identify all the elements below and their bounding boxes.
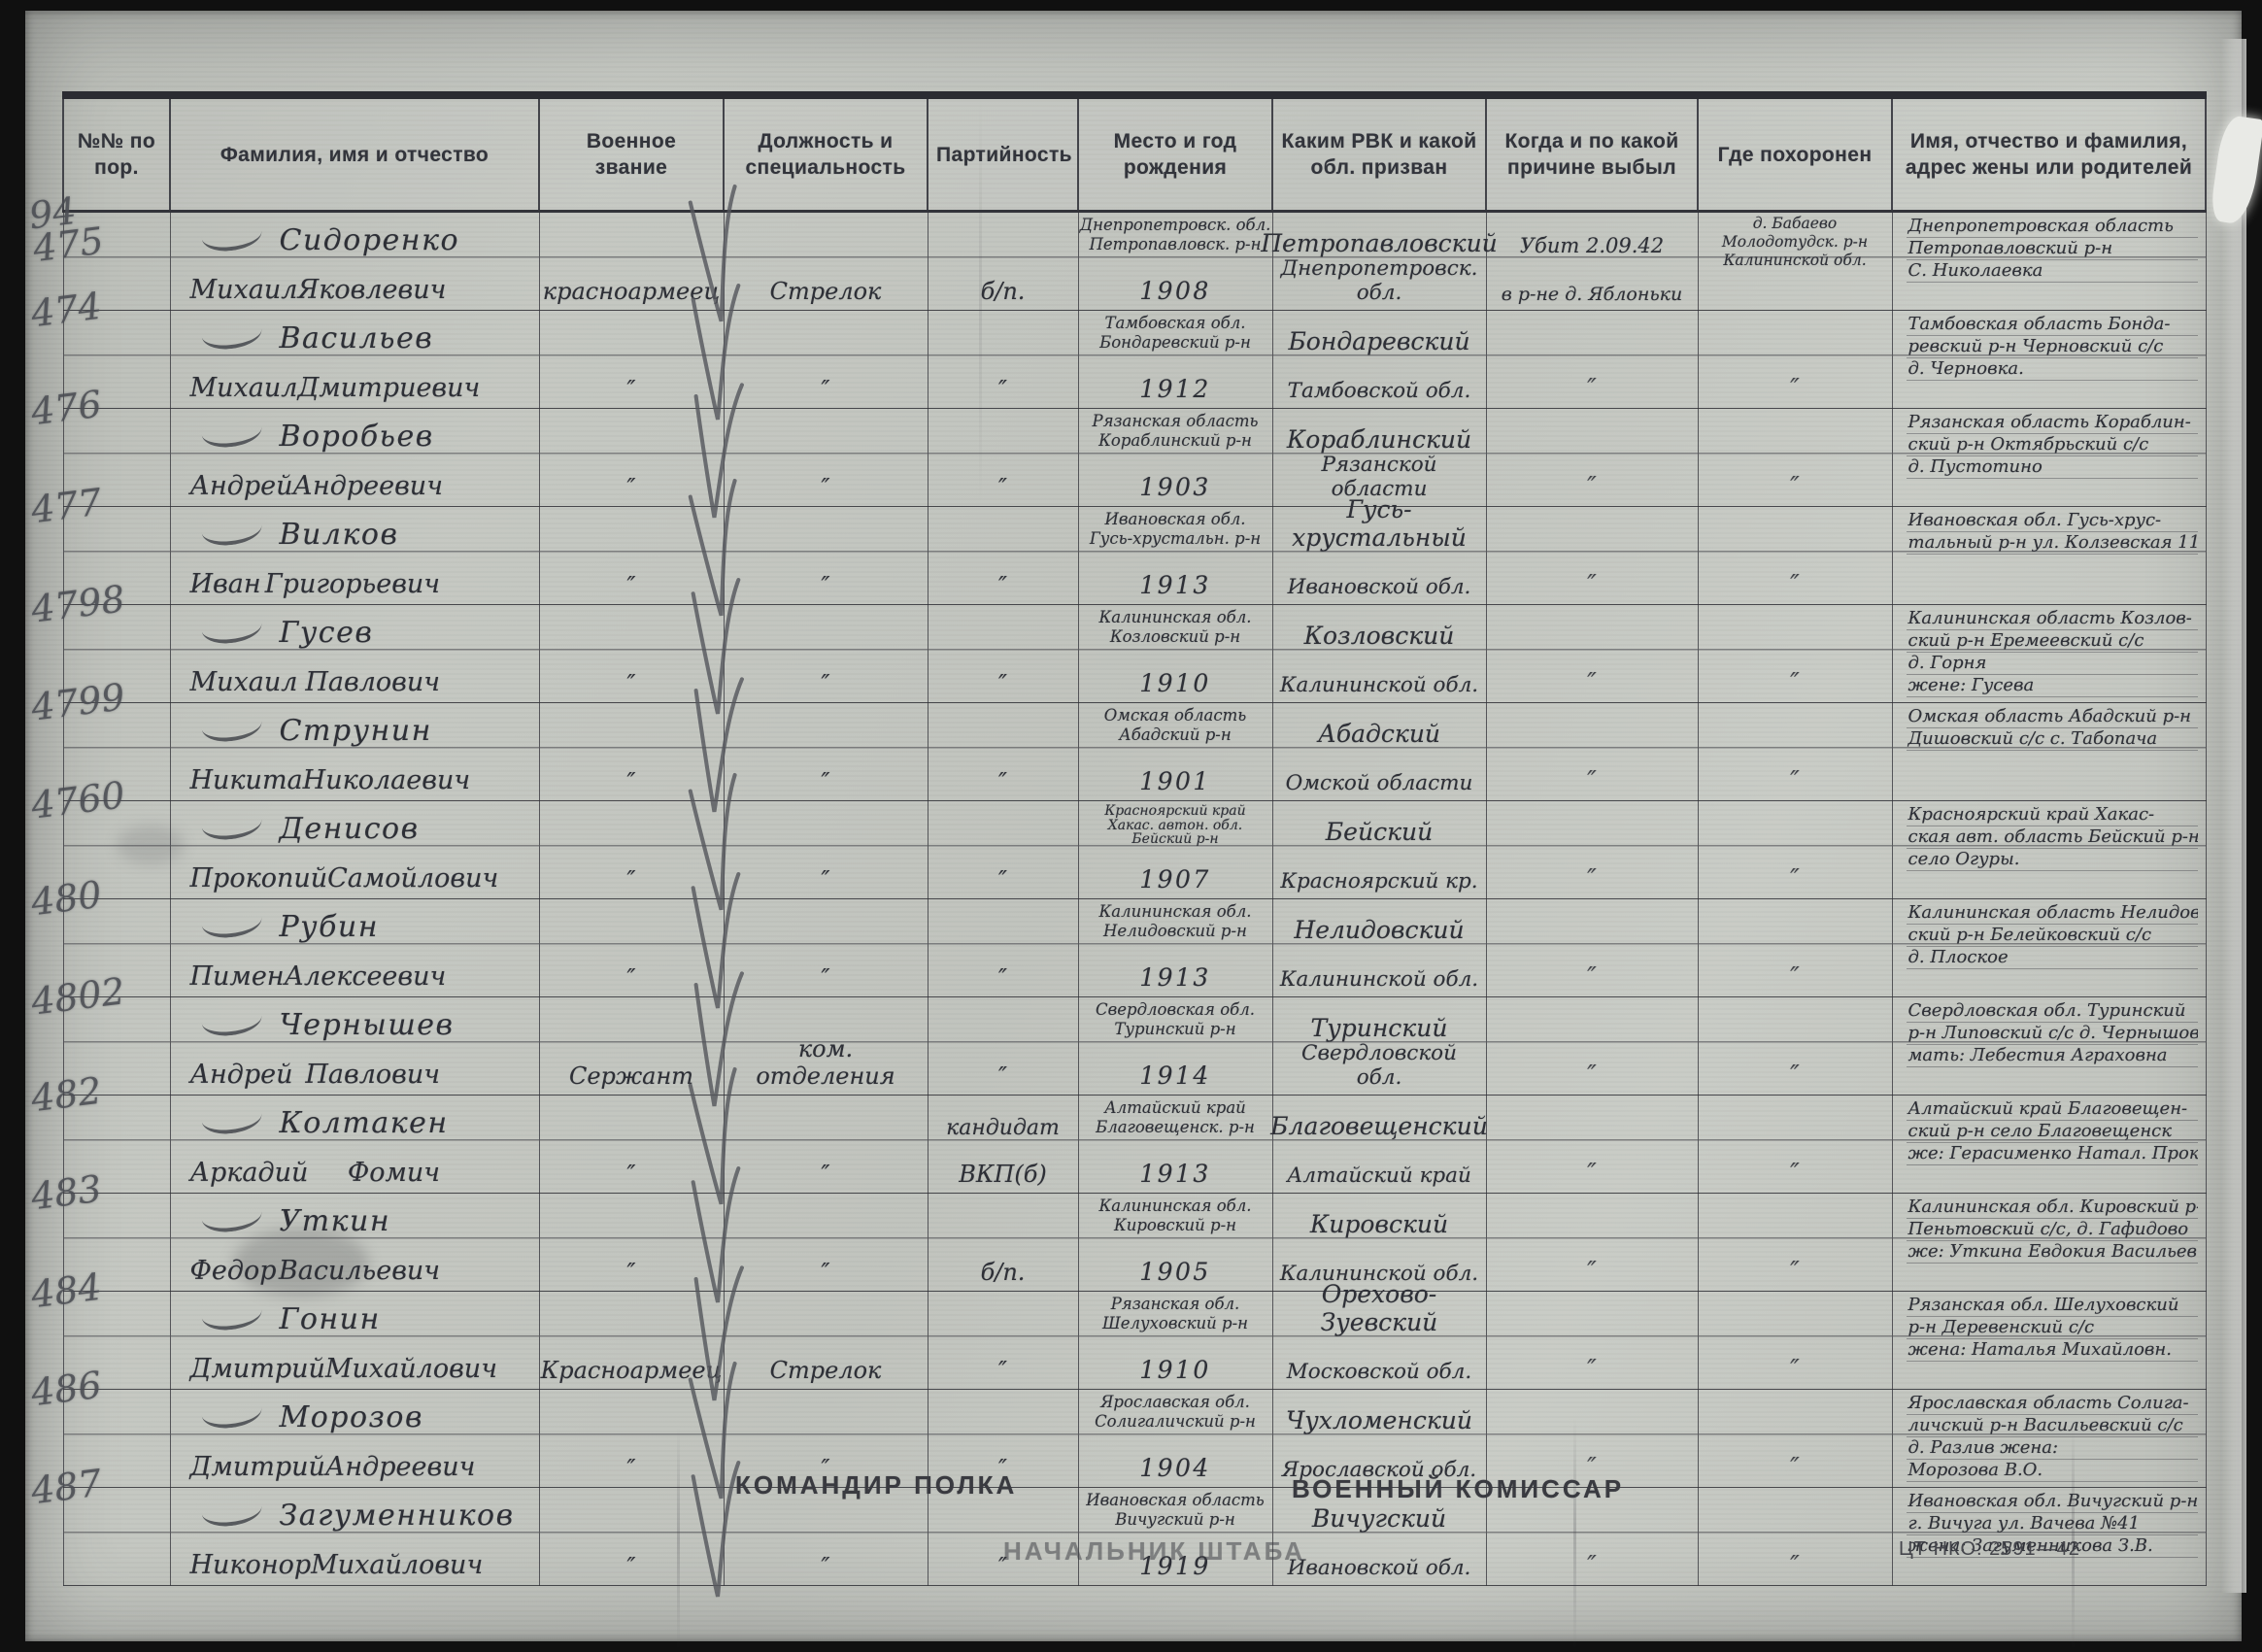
birth-year: 1907 bbox=[1139, 865, 1211, 893]
surname-line: Воробьев bbox=[171, 409, 539, 456]
table-row: 4760ДенисовПрокопийСамойлович″″″Краснояр… bbox=[63, 801, 2206, 899]
cell-family-address: Ивановская обл. Вичугский р-нг. Вичуга у… bbox=[1892, 1488, 2206, 1586]
position-spacer bbox=[725, 605, 928, 653]
cell-number: 487 bbox=[63, 1488, 170, 1586]
family-line: р-н Деревенский с/с bbox=[1907, 1317, 2198, 1339]
birthplace-lines: Омская областьАбадский р-н bbox=[1079, 703, 1272, 751]
position-value: ″ bbox=[822, 768, 830, 795]
rank-line: ″ bbox=[540, 1241, 724, 1289]
party-value: ″ bbox=[998, 376, 1007, 403]
cell-family-address: Рязанская обл. Шелуховскийр-н Деревенски… bbox=[1892, 1292, 2206, 1390]
entry-number: 487 bbox=[29, 1467, 103, 1508]
cell-burial: ″ bbox=[1698, 311, 1892, 409]
party-value: ″ bbox=[998, 768, 1007, 795]
cell-position: ″ bbox=[724, 507, 928, 605]
table-row: 480РубинПименАлексеевич″″″Калининская об… bbox=[63, 899, 2206, 997]
party-top-line bbox=[928, 899, 1078, 947]
pencil-tick-mark bbox=[201, 324, 263, 351]
surname-line: Гонин bbox=[171, 1292, 539, 1339]
rvk-oblast-line: Омской области bbox=[1273, 751, 1486, 798]
party-line: ″ bbox=[928, 456, 1078, 504]
rank-value: ″ bbox=[627, 670, 636, 697]
entry-number: 480 bbox=[29, 878, 103, 920]
rank-value: ″ bbox=[627, 474, 636, 501]
burial-line: ″ bbox=[1699, 849, 1892, 896]
cause-line-2: ″ bbox=[1487, 1535, 1698, 1583]
cell-fullname: ВоробьевАндрейАндреевич bbox=[170, 409, 539, 507]
rank-line: ″ bbox=[540, 1535, 724, 1583]
entry-number: 477 bbox=[29, 486, 103, 527]
rank-value: ″ bbox=[627, 768, 636, 795]
family-line: Свердловская обл. Туринский bbox=[1907, 1000, 2198, 1023]
cell-rank: ″ bbox=[539, 507, 724, 605]
party-top-line bbox=[928, 507, 1078, 555]
header-family: Имя, отчество и фамилия, адрес жены или … bbox=[1892, 95, 2206, 212]
cell-rank: Сержант bbox=[539, 997, 724, 1096]
family-line: Дишовский с/с с. Табопача bbox=[1907, 728, 2198, 751]
rank-spacer bbox=[540, 1194, 724, 1241]
cause-line-1 bbox=[1487, 997, 1698, 1045]
family-lines: Тамбовская область Бонда-ревский р-н Чер… bbox=[1893, 311, 2206, 381]
cell-position: ком. отделения bbox=[724, 997, 928, 1096]
cell-party: ″ bbox=[928, 801, 1078, 899]
entry-number: 482 bbox=[29, 1074, 103, 1116]
rank-spacer bbox=[540, 801, 724, 849]
burial-ditto: ″ bbox=[1790, 570, 1800, 599]
cause-detail: ″ bbox=[1587, 1159, 1597, 1188]
rvk-oblast: Ивановской обл. bbox=[1288, 575, 1471, 599]
birthplace-line: Кировский р-н bbox=[1079, 1216, 1272, 1235]
cell-party: ″ bbox=[928, 605, 1078, 703]
surname: Рубин bbox=[280, 910, 379, 944]
table-header: №№ по пор. Фамилия, имя и отчество Военн… bbox=[63, 95, 2206, 212]
cause-detail: ″ bbox=[1587, 570, 1597, 599]
cell-burial: ″ bbox=[1698, 801, 1892, 899]
cell-position: ″ bbox=[724, 605, 928, 703]
family-line: Тамбовская область Бонда- bbox=[1907, 314, 2198, 336]
family-line: Красноярский край Хакас- bbox=[1907, 804, 2198, 826]
entry-number: 486 bbox=[29, 1368, 103, 1410]
burial-ditto: ″ bbox=[1790, 962, 1800, 992]
party-value: ″ bbox=[998, 572, 1007, 599]
entry-number: 4799 bbox=[29, 680, 126, 725]
birthplace-line: Рязанская область bbox=[1079, 412, 1272, 431]
table-row: 94 475СидоренкоМихаилЯковлевичкрасноарме… bbox=[63, 212, 2206, 311]
family-lines: Калининская область Нелидов-ский р-н Бел… bbox=[1893, 899, 2206, 969]
rvk-oblast: Алтайский край bbox=[1287, 1163, 1471, 1188]
casualty-table: №№ по пор. Фамилия, имя и отчество Военн… bbox=[62, 91, 2207, 1586]
rank-spacer bbox=[540, 899, 724, 947]
rank-line: ″ bbox=[540, 456, 724, 504]
rank-line: ″ bbox=[540, 358, 724, 406]
birthplace-line: Бейский р-н bbox=[1079, 832, 1272, 847]
birth-year: 1904 bbox=[1139, 1454, 1211, 1482]
birthplace-line: Калининская обл. bbox=[1079, 608, 1272, 627]
givenname-line: МихаилДмитриевич bbox=[171, 358, 539, 406]
first-name: Никонор bbox=[190, 1550, 312, 1580]
cell-position: Стрелок bbox=[724, 1292, 928, 1390]
birth-year: 1903 bbox=[1139, 473, 1211, 501]
first-name: Пимен bbox=[190, 961, 285, 992]
cell-cause: ″ bbox=[1486, 1096, 1698, 1194]
surname: Сидоренко bbox=[280, 223, 460, 257]
cause-line-2: ″ bbox=[1487, 358, 1698, 406]
burial-ditto: ″ bbox=[1790, 1453, 1800, 1482]
pencil-tick-mark bbox=[201, 619, 263, 645]
rvk-oblast: Калининской обл. bbox=[1280, 967, 1478, 992]
birthplace-lines: Ивановская областьВичугский р-н bbox=[1079, 1488, 1272, 1535]
birthplace-line: Вичугский р-н bbox=[1079, 1510, 1272, 1530]
burial-ditto: ″ bbox=[1790, 1257, 1800, 1286]
family-line: д. Пустотино bbox=[1907, 456, 2198, 479]
birthplace-lines: Рязанская обл.Шелуховский р-н bbox=[1079, 1292, 1272, 1339]
header-position: Должность и специальность bbox=[724, 95, 928, 212]
cell-position: Стрелок bbox=[724, 212, 928, 311]
rvk-district-line: Кировский bbox=[1273, 1194, 1486, 1241]
cell-birthplace: Ярославская обл.Солигаличский р-н1904 bbox=[1078, 1390, 1272, 1488]
rank-spacer bbox=[540, 311, 724, 358]
cell-rvk: ПетропавловскийДнепропетровск. обл. bbox=[1272, 212, 1486, 311]
rank-line: ″ bbox=[540, 555, 724, 602]
rvk-district-line: Чухломенский bbox=[1273, 1390, 1486, 1437]
cell-family-address: Калининская область Козлов-ский р-н Ерем… bbox=[1892, 605, 2206, 703]
rvk-oblast-line: Московской обл. bbox=[1273, 1339, 1486, 1387]
table-row: 476ВоробьевАндрейАндреевич″″″Рязанская о… bbox=[63, 409, 2206, 507]
rvk-oblast-line: Красноярский кр. bbox=[1273, 849, 1486, 896]
family-line: ская авт. область Бейский р-н bbox=[1907, 826, 2198, 849]
rvk-district: Вичугский bbox=[1312, 1504, 1446, 1533]
position-value: ″ bbox=[822, 964, 830, 992]
family-line: Морозова В.О. bbox=[1907, 1460, 2198, 1482]
cell-rank: ″ bbox=[539, 801, 724, 899]
burial-ditto: ″ bbox=[1790, 668, 1800, 697]
position-value: ″ bbox=[822, 1259, 830, 1286]
cell-birthplace: Ивановская обл.Гусь-хрустальн. р-н1913 bbox=[1078, 507, 1272, 605]
position-value: ″ bbox=[822, 376, 830, 403]
party-line: ″ bbox=[928, 555, 1078, 602]
position-line: ″ bbox=[725, 555, 928, 602]
birthplace-line: Бондаревский р-н bbox=[1079, 333, 1272, 353]
entry-number: 476 bbox=[29, 388, 103, 429]
patronymic: Самойлович bbox=[327, 863, 498, 893]
rank-line: красноармеец bbox=[540, 260, 724, 308]
position-line: ″ bbox=[725, 653, 928, 700]
party-line: б/п. bbox=[928, 260, 1078, 308]
burial-lines: д. БабаевоМолодотудск. р-нКалининской об… bbox=[1699, 213, 1892, 270]
header-position-label: Должность и специальность bbox=[745, 130, 905, 179]
first-name: Михаил bbox=[190, 373, 298, 403]
party-top-line bbox=[928, 1390, 1078, 1437]
birth-year-line: 1905 bbox=[1079, 1241, 1272, 1291]
rank-line: ″ bbox=[540, 653, 724, 700]
family-lines: Омская область Абадский р-нДишовский с/с… bbox=[1893, 703, 2206, 751]
pencil-tick-mark bbox=[201, 1207, 263, 1233]
surname: Васильев bbox=[280, 321, 434, 355]
rvk-district-line: Кораблинский bbox=[1273, 409, 1486, 456]
burial-ditto: ″ bbox=[1790, 1061, 1800, 1090]
rank-line: ″ bbox=[540, 947, 724, 995]
patronymic: Андреевич bbox=[293, 471, 444, 501]
birthplace-lines: Ивановская обл.Гусь-хрустальн. р-н bbox=[1079, 507, 1272, 555]
surname-line: Чернышев bbox=[171, 997, 539, 1045]
family-line: ский р-н Еремеевский с/с bbox=[1907, 630, 2198, 653]
cell-cause: ″ bbox=[1486, 409, 1698, 507]
party-line: ″ bbox=[928, 849, 1078, 896]
burial-ditto: ″ bbox=[1790, 1355, 1800, 1384]
cell-cause: ″ bbox=[1486, 899, 1698, 997]
party-top-line bbox=[928, 801, 1078, 849]
burial-spacer bbox=[1699, 1292, 1892, 1339]
party-value: ″ bbox=[998, 964, 1007, 992]
surname-line: Уткин bbox=[171, 1194, 539, 1241]
cell-family-address: Омская область Абадский р-нДишовский с/с… bbox=[1892, 703, 2206, 801]
cell-party: ″ bbox=[928, 997, 1078, 1096]
rank-line: ″ bbox=[540, 751, 724, 798]
family-lines: Калининская область Козлов-ский р-н Ерем… bbox=[1893, 605, 2206, 697]
rvk-district: Козловский bbox=[1304, 622, 1455, 650]
givenname-line: МихаилПавлович bbox=[171, 653, 539, 700]
cell-rvk: БондаревскийТамбовской обл. bbox=[1272, 311, 1486, 409]
rvk-district-line: Орехово-Зуевский bbox=[1273, 1292, 1486, 1339]
party-top-line bbox=[928, 409, 1078, 456]
rank-line: ″ bbox=[540, 1437, 724, 1485]
rvk-oblast: Свердловской обл. bbox=[1279, 1041, 1480, 1090]
cell-rank: ″ bbox=[539, 703, 724, 801]
birthplace-line: Рязанская обл. bbox=[1079, 1295, 1272, 1314]
cell-position: ″ bbox=[724, 703, 928, 801]
table-row: 477ВилковИванГригорьевич″″″Ивановская об… bbox=[63, 507, 2206, 605]
rvk-district-line: Туринский bbox=[1273, 997, 1486, 1045]
rank-line: Сержант bbox=[540, 1045, 724, 1093]
cell-birthplace: Калининская обл.Нелидовский р-н1913 bbox=[1078, 899, 1272, 997]
cell-burial: ″ bbox=[1698, 899, 1892, 997]
pencil-tick-mark bbox=[201, 1109, 263, 1135]
table-row: 4798ГусевМихаилПавлович″″″Калининская об… bbox=[63, 605, 2206, 703]
header-rvk: Каким РВК и какой обл. призван bbox=[1272, 95, 1486, 212]
cause-line-2: ″ bbox=[1487, 1045, 1698, 1093]
givenname-line: ПименАлексеевич bbox=[171, 947, 539, 995]
header-birth: Место и год рождения bbox=[1078, 95, 1272, 212]
rvk-oblast: Московской обл. bbox=[1287, 1360, 1471, 1384]
cell-burial: ″ bbox=[1698, 1096, 1892, 1194]
position-spacer bbox=[725, 213, 928, 260]
cause-detail: ″ bbox=[1587, 668, 1597, 697]
pencil-tick-mark bbox=[201, 521, 263, 547]
birthplace-line: Абадский р-н bbox=[1079, 725, 1272, 745]
burial-line: ″ bbox=[1699, 947, 1892, 995]
burial-spacer bbox=[1699, 801, 1892, 849]
family-lines: Ярославская область Солига-личский р-н В… bbox=[1893, 1390, 2206, 1482]
party-line: б/п. bbox=[928, 1241, 1078, 1289]
party-line: ″ bbox=[928, 1339, 1078, 1387]
cell-position: ″ bbox=[724, 801, 928, 899]
cell-family-address: Калининская обл. Кировский р-нПеньтовски… bbox=[1892, 1194, 2206, 1292]
burial-spacer bbox=[1699, 997, 1892, 1045]
table-row: 483УткинФедорВасильевич″″б/п.Калининская… bbox=[63, 1194, 2206, 1292]
birthplace-line: Красноярский край bbox=[1079, 804, 1272, 819]
header-number-label: №№ по пор. bbox=[78, 130, 155, 179]
rvk-oblast: Калининской обл. bbox=[1280, 673, 1478, 697]
family-line: Калининская область Козлов- bbox=[1907, 608, 2198, 630]
party-candidate-value: кандидат bbox=[946, 1116, 1060, 1140]
cell-fullname: СтрунинНикитаНиколаевич bbox=[170, 703, 539, 801]
cell-party: б/п. bbox=[928, 1194, 1078, 1292]
family-lines: Днепропетровская областьПетропавловский … bbox=[1893, 213, 2206, 283]
surname-line: Морозов bbox=[171, 1390, 539, 1437]
burial-line: ″ bbox=[1699, 1241, 1892, 1289]
rvk-district-line: Нелидовский bbox=[1273, 899, 1486, 947]
header-cause: Когда и по какой причине выбыл bbox=[1486, 95, 1698, 212]
scanned-casualty-list-page: { "table": { "headers": ["№№ по пор.", "… bbox=[0, 0, 2262, 1652]
surname: Воробьев bbox=[280, 420, 434, 454]
birthplace-lines: Калининская обл.Кировский р-н bbox=[1079, 1194, 1272, 1241]
birth-year-line: 1913 bbox=[1079, 947, 1272, 996]
position-value: Стрелок bbox=[770, 278, 882, 305]
first-name: Дмитрий bbox=[190, 1354, 325, 1384]
cell-fullname: ГонинДмитрийМихайлович bbox=[170, 1292, 539, 1390]
birthplace-line: Свердловская обл. bbox=[1079, 1000, 1272, 1020]
cell-family-address: Тамбовская область Бонда-ревский р-н Чер… bbox=[1892, 311, 2206, 409]
pencil-tick-mark bbox=[201, 717, 263, 743]
birth-year: 1913 bbox=[1139, 963, 1211, 992]
cell-party: ″ bbox=[928, 311, 1078, 409]
birth-year-line: 1912 bbox=[1079, 358, 1272, 408]
birth-year-line: 1901 bbox=[1079, 751, 1272, 800]
cause-line-1 bbox=[1487, 311, 1698, 358]
pencil-tick-mark bbox=[201, 1501, 263, 1528]
cell-birthplace: Алтайский крайБлаговещенск. р-н1913 bbox=[1078, 1096, 1272, 1194]
table-row: 482КолтакенАркадийФомич″″кандидатВКП(б)А… bbox=[63, 1096, 2206, 1194]
pencil-tick-mark bbox=[201, 1403, 263, 1430]
birthplace-line: Хакас. автон. обл. bbox=[1079, 819, 1272, 833]
family-lines: Калининская обл. Кировский р-нПеньтовски… bbox=[1893, 1194, 2206, 1264]
birth-year-line: 1903 bbox=[1079, 456, 1272, 506]
table-row: 484ГонинДмитрийМихайловичКрасноармеецСтр… bbox=[63, 1292, 2206, 1390]
birthplace-lines: Калининская обл.Нелидовский р-н bbox=[1079, 899, 1272, 947]
party-line: ВКП(б) bbox=[928, 1143, 1078, 1191]
surname-line: Васильев bbox=[171, 311, 539, 358]
givenname-line: ПрокопийСамойлович bbox=[171, 849, 539, 896]
cause-detail: ″ bbox=[1587, 1355, 1597, 1384]
pencil-tick-mark bbox=[201, 1011, 263, 1037]
position-spacer bbox=[725, 409, 928, 456]
cell-burial: ″ bbox=[1698, 507, 1892, 605]
family-line: личский р-н Васильевский с/с bbox=[1907, 1415, 2198, 1437]
pencil-tick-mark bbox=[201, 815, 263, 841]
header-party-label: Партийность bbox=[936, 144, 1072, 166]
party-value: б/п. bbox=[981, 1259, 1026, 1286]
rank-spacer bbox=[540, 703, 724, 751]
cell-family-address: Свердловская обл. Туринскийр-н Липовский… bbox=[1892, 997, 2206, 1096]
givenname-line: АркадийФомич bbox=[171, 1143, 539, 1191]
burial-ditto: ″ bbox=[1790, 864, 1800, 893]
givenname-line: НикитаНиколаевич bbox=[171, 751, 539, 798]
family-line: ревский р-н Черновский с/с bbox=[1907, 336, 2198, 358]
cell-family-address: Калининская область Нелидов-ский р-н Бел… bbox=[1892, 899, 2206, 997]
rvk-district: Петропавловский bbox=[1261, 229, 1498, 257]
party-line: ″ bbox=[928, 358, 1078, 406]
cell-party: б/п. bbox=[928, 212, 1078, 311]
family-lines: Свердловская обл. Туринскийр-н Липовский… bbox=[1893, 997, 2206, 1067]
entry-number: 4798 bbox=[29, 582, 126, 626]
party-value: ″ bbox=[998, 1062, 1007, 1090]
signature-chief-of-staff: НАЧАЛЬНИК ШТАБА bbox=[1003, 1536, 1305, 1567]
first-name: Иван bbox=[190, 569, 261, 599]
family-line: Рязанская область Кораблин- bbox=[1907, 412, 2198, 434]
cell-cause: ″ bbox=[1486, 1390, 1698, 1488]
givenname-line: ФедорВасильевич bbox=[171, 1241, 539, 1289]
entry-number: 483 bbox=[29, 1172, 103, 1214]
position-spacer bbox=[725, 703, 928, 751]
rvk-oblast: Рязанской области bbox=[1279, 453, 1480, 501]
party-line: ″ bbox=[928, 751, 1078, 798]
rank-value: ″ bbox=[627, 1455, 636, 1482]
burial-spacer bbox=[1699, 1390, 1892, 1437]
cell-birthplace: Свердловская обл.Туринский р-н1914 bbox=[1078, 997, 1272, 1096]
family-lines: Рязанская обл. Шелуховскийр-н Деревенски… bbox=[1893, 1292, 2206, 1362]
family-line: д. Черновка. bbox=[1907, 358, 2198, 381]
signature-commander: КОМАНДИР ПОЛКА bbox=[735, 1470, 1017, 1500]
cell-burial: ″ bbox=[1698, 605, 1892, 703]
rvk-oblast-line: Свердловской обл. bbox=[1273, 1045, 1486, 1093]
rank-spacer bbox=[540, 507, 724, 555]
rvk-district-line: Бейский bbox=[1273, 801, 1486, 849]
entry-number: 94 475 bbox=[27, 191, 105, 265]
position-line: ″ bbox=[725, 947, 928, 995]
cell-rank: ″ bbox=[539, 1096, 724, 1194]
givenname-line: ИванГригорьевич bbox=[171, 555, 539, 602]
cell-burial: ″ bbox=[1698, 409, 1892, 507]
position-line: ″ bbox=[725, 456, 928, 504]
entry-number: 4802 bbox=[29, 974, 126, 1019]
cause-line-1 bbox=[1487, 1096, 1698, 1143]
family-line: Ивановская обл. Гусь-хрус- bbox=[1907, 510, 2198, 532]
family-line: Днепропетровская область bbox=[1907, 216, 2198, 238]
position-line: Стрелок bbox=[725, 1339, 928, 1387]
position-value: ″ bbox=[822, 1161, 830, 1188]
birthplace-line: Гусь-хрустальн. р-н bbox=[1079, 529, 1272, 549]
position-spacer bbox=[725, 1096, 928, 1143]
cell-rvk: БлаговещенскийАлтайский край bbox=[1272, 1096, 1486, 1194]
burial-line: ″ bbox=[1699, 751, 1892, 798]
cell-rvk: Орехово-ЗуевскийМосковской обл. bbox=[1272, 1292, 1486, 1390]
rank-value: ″ bbox=[627, 866, 636, 893]
family-lines: Алтайский край Благовещен-ский р-н село … bbox=[1893, 1096, 2206, 1165]
pencil-tick-mark bbox=[201, 422, 263, 449]
entry-number: 474 bbox=[29, 289, 103, 331]
cell-rank: Красноармеец bbox=[539, 1292, 724, 1390]
cause-line-1 bbox=[1487, 1194, 1698, 1241]
cell-position: ″ bbox=[724, 311, 928, 409]
birth-year: 1914 bbox=[1139, 1062, 1211, 1090]
family-line: Петропавловский р-н bbox=[1907, 238, 2198, 260]
pencil-tick-mark bbox=[201, 1305, 263, 1332]
cause-detail: ″ bbox=[1587, 472, 1597, 501]
pencil-tick-mark bbox=[201, 913, 263, 939]
burial-line: ″ bbox=[1699, 1339, 1892, 1387]
cell-rvk: ЧухломенскийЯрославской обл. bbox=[1272, 1390, 1486, 1488]
burial-ditto: ″ bbox=[1790, 766, 1800, 795]
header-party: Партийность bbox=[928, 95, 1078, 212]
patronymic: Павлович bbox=[305, 667, 440, 697]
cell-rank: красноармеец bbox=[539, 212, 724, 311]
party-top-line: кандидат bbox=[928, 1096, 1078, 1143]
cause-detail: ″ bbox=[1587, 1061, 1597, 1090]
rvk-district-line: Бондаревский bbox=[1273, 311, 1486, 358]
header-burial: Где похоронен bbox=[1698, 95, 1892, 212]
position-spacer bbox=[725, 801, 928, 849]
family-line: жена: Наталья Михайловн. bbox=[1907, 1339, 2198, 1362]
